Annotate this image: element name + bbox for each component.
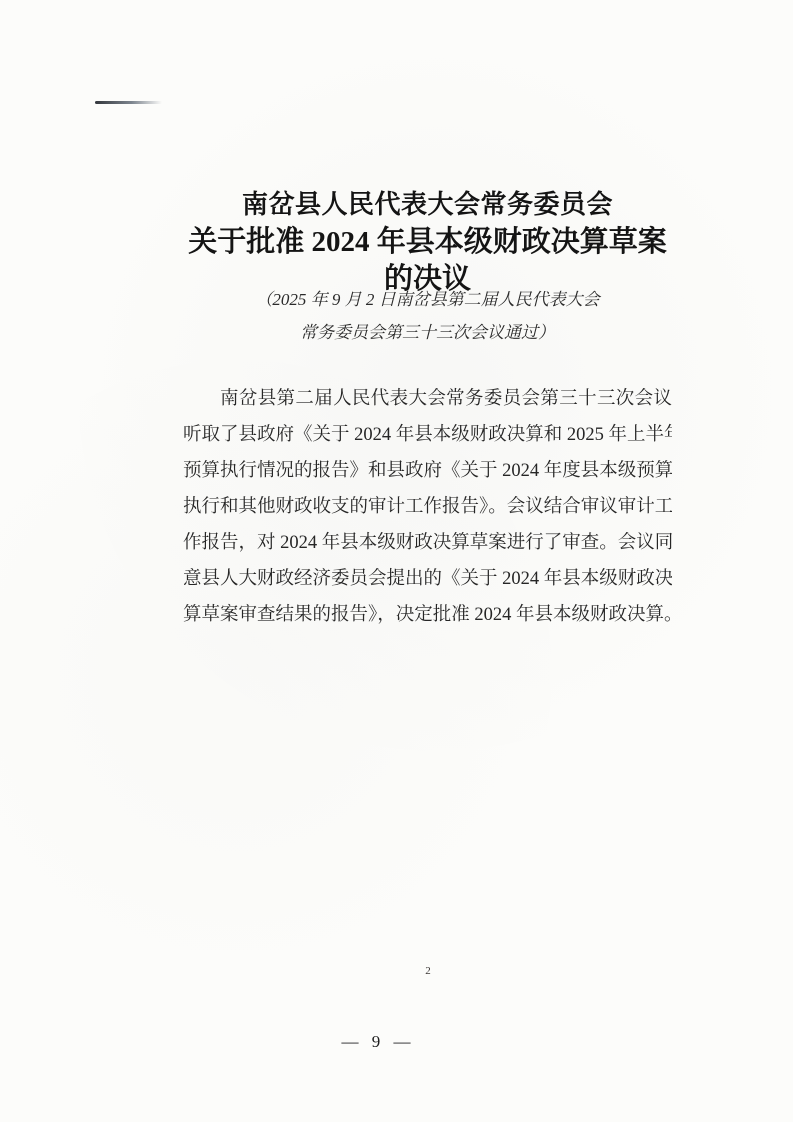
scanned-document-page: 南岔县人民代表大会常务委员会 关于批准 2024 年县本级财政决算草案的决议 （… — [0, 0, 793, 1122]
inner-page-number: 2 — [410, 965, 446, 977]
document-body-paragraph: 南岔县第二届人民代表大会常务委员会第三十三次会议 听取了县政府《关于 2024 … — [183, 381, 672, 633]
body-line: 执行和其他财政收支的审计工作报告》。会议结合审议审计工 — [183, 489, 672, 525]
document-subtitle-line2: 常务委员会第三十三次会议通过） — [183, 316, 672, 349]
body-line: 作报告，对 2024 年县本级财政决算草案进行了审查。会议同 — [183, 525, 672, 561]
document-subtitle: （2025 年 9 月 2 日南岔县第二届人民代表大会 常务委员会第三十三次会议… — [183, 283, 672, 349]
body-line: 意县人大财政经济委员会提出的《关于 2024 年县本级财政决 — [183, 561, 672, 597]
document-title-line1: 南岔县人民代表大会常务委员会 — [183, 186, 672, 224]
footer-page-number: — 9 — — [326, 1032, 426, 1052]
body-line: 算草案审查结果的报告》，决定批准 2024 年县本级财政决算。 — [183, 597, 672, 633]
scan-artifact-line — [95, 101, 162, 104]
body-line: 听取了县政府《关于 2024 年县本级财政决算和 2025 年上半年 — [183, 417, 672, 453]
document-title: 南岔县人民代表大会常务委员会 关于批准 2024 年县本级财政决算草案的决议 — [183, 186, 672, 298]
document-subtitle-line1: （2025 年 9 月 2 日南岔县第二届人民代表大会 — [183, 283, 672, 316]
body-line: 预算执行情况的报告》和县政府《关于 2024 年度县本级预算 — [183, 453, 672, 489]
body-line: 南岔县第二届人民代表大会常务委员会第三十三次会议 — [183, 381, 672, 417]
